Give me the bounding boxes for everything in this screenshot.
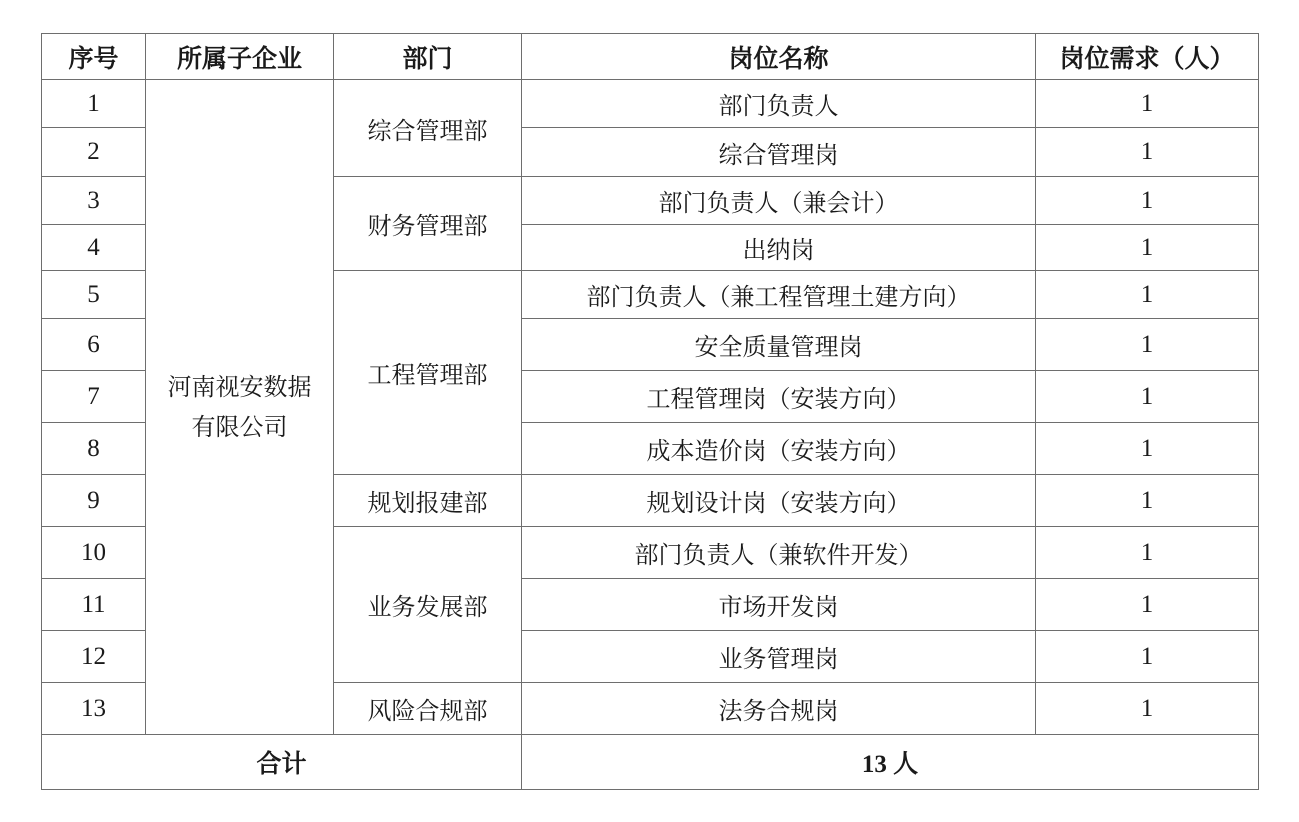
department-cell: 规划报建部	[334, 475, 522, 527]
demand-cell: 1	[1036, 80, 1259, 128]
total-value: 13 人	[522, 735, 1259, 790]
position-cell: 部门负责人（兼工程管理土建方向）	[522, 271, 1036, 319]
department-cell: 财务管理部	[334, 177, 522, 271]
row-no: 2	[42, 128, 146, 177]
demand-cell: 1	[1036, 225, 1259, 271]
demand-cell: 1	[1036, 631, 1259, 683]
row-no: 7	[42, 371, 146, 423]
position-cell: 规划设计岗（安装方向）	[522, 475, 1036, 527]
position-cell: 安全质量管理岗	[522, 319, 1036, 371]
demand-cell: 1	[1036, 177, 1259, 225]
demand-cell: 1	[1036, 128, 1259, 177]
demand-cell: 1	[1036, 271, 1259, 319]
department-cell: 工程管理部	[334, 271, 522, 475]
position-cell: 部门负责人（兼软件开发）	[522, 527, 1036, 579]
header-no: 序号	[42, 34, 146, 80]
total-row: 合计 13 人	[42, 735, 1259, 790]
position-cell: 部门负责人	[522, 80, 1036, 128]
position-cell: 部门负责人（兼会计）	[522, 177, 1036, 225]
recruitment-table: 序号 所属子企业 部门 岗位名称 岗位需求（人） 1 河南视安数据有限公司 综合…	[41, 33, 1259, 790]
company-cell: 河南视安数据有限公司	[146, 80, 334, 735]
row-no: 1	[42, 80, 146, 128]
table-row: 1 河南视安数据有限公司 综合管理部 部门负责人 1	[42, 80, 1259, 128]
department-cell: 风险合规部	[334, 683, 522, 735]
demand-cell: 1	[1036, 683, 1259, 735]
header-row: 序号 所属子企业 部门 岗位名称 岗位需求（人）	[42, 34, 1259, 80]
header-department: 部门	[334, 34, 522, 80]
demand-cell: 1	[1036, 423, 1259, 475]
position-cell: 市场开发岗	[522, 579, 1036, 631]
header-company: 所属子企业	[146, 34, 334, 80]
header-demand: 岗位需求（人）	[1036, 34, 1259, 80]
row-no: 13	[42, 683, 146, 735]
row-no: 12	[42, 631, 146, 683]
row-no: 6	[42, 319, 146, 371]
row-no: 10	[42, 527, 146, 579]
row-no: 8	[42, 423, 146, 475]
demand-cell: 1	[1036, 475, 1259, 527]
header-position: 岗位名称	[522, 34, 1036, 80]
demand-cell: 1	[1036, 371, 1259, 423]
demand-cell: 1	[1036, 579, 1259, 631]
row-no: 5	[42, 271, 146, 319]
department-cell: 业务发展部	[334, 527, 522, 683]
position-cell: 出纳岗	[522, 225, 1036, 271]
demand-cell: 1	[1036, 527, 1259, 579]
position-cell: 综合管理岗	[522, 128, 1036, 177]
row-no: 3	[42, 177, 146, 225]
position-cell: 成本造价岗（安装方向）	[522, 423, 1036, 475]
row-no: 11	[42, 579, 146, 631]
demand-cell: 1	[1036, 319, 1259, 371]
position-cell: 法务合规岗	[522, 683, 1036, 735]
row-no: 4	[42, 225, 146, 271]
row-no: 9	[42, 475, 146, 527]
position-cell: 业务管理岗	[522, 631, 1036, 683]
total-label: 合计	[42, 735, 522, 790]
position-cell: 工程管理岗（安装方向）	[522, 371, 1036, 423]
department-cell: 综合管理部	[334, 80, 522, 177]
